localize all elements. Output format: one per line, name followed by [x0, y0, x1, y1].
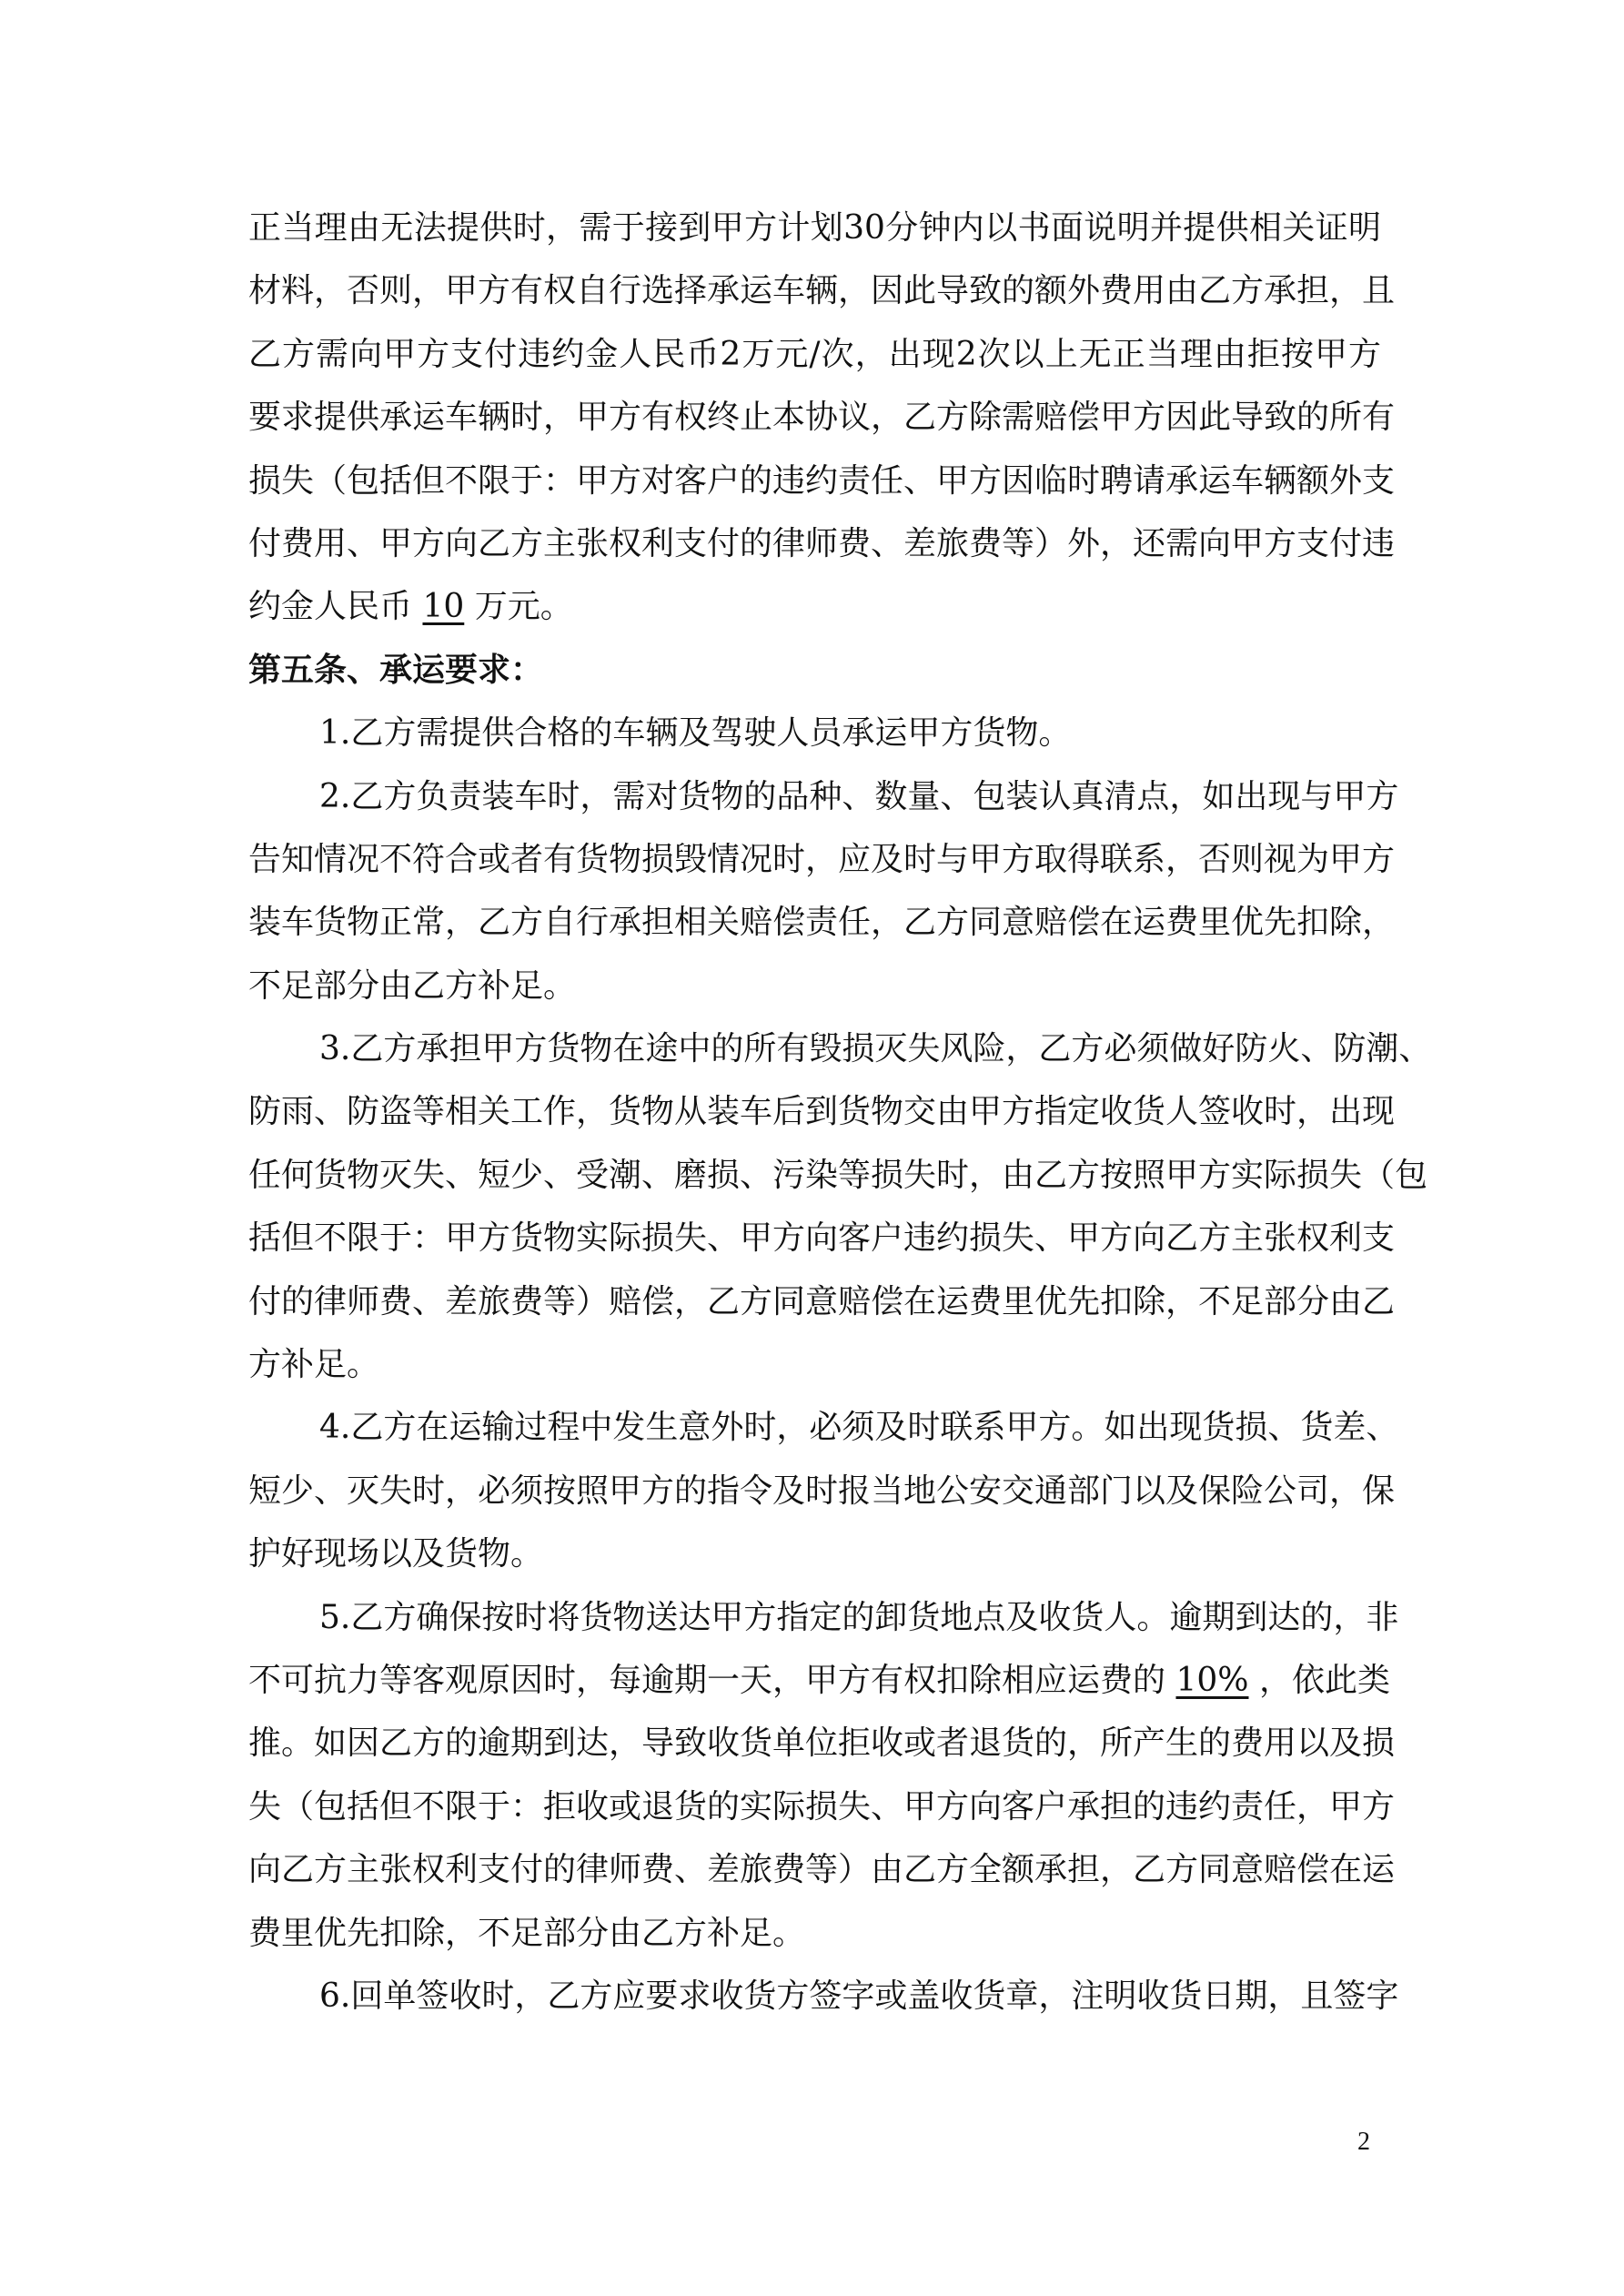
list-item-3: 3.乙方承担甲方货物在途中的所有毁损灭失风险，乙方必须做好防火、防潮、: [248, 1017, 1381, 1080]
text-line: 装车货物正常，乙方自行承担相关赔偿责任，乙方同意赔偿在运费里优先扣除，: [248, 891, 1381, 954]
penalty-text-prefix: 约金人民币: [248, 575, 412, 638]
text-line: 费里优先扣除，不足部分由乙方补足。: [248, 1902, 1381, 1965]
list-item-2: 2.乙方负责装车时，需对货物的品种、数量、包装认真清点，如出现与甲方: [248, 765, 1381, 828]
page-number: 2: [1357, 2128, 1370, 2157]
list-item-5: 5.乙方确保按时将货物送达甲方指定的卸货地点及收货人。逾期到达的，非: [248, 1586, 1381, 1649]
list-item-1: 1.乙方需提供合格的车辆及驾驶人员承运甲方货物。: [248, 702, 1381, 764]
penalty-amount: 10: [422, 575, 464, 638]
text-line: 向乙方主张权利支付的律师费、差旅费等）由乙方全额承担，乙方同意赔偿在运: [248, 1838, 1381, 1901]
text-line: 方补足。: [248, 1333, 1381, 1396]
text-line: 失（包括但不限于：拒收或退货的实际损失、甲方向客户承担的违约责任，甲方: [248, 1775, 1381, 1838]
text-line: 乙方需向甲方支付违约金人民币2万元/次，出现2次以上无正当理由拒按甲方: [248, 323, 1381, 386]
text-line: 约金人民币 10 万元。: [248, 575, 1381, 638]
text-line: 告知情况不符合或者有货物损毁情况时，应及时与甲方取得联系，否则视为甲方: [248, 828, 1381, 891]
text-line: 推。如因乙方的逾期到达，导致收货单位拒收或者退货的，所产生的费用以及损: [248, 1712, 1381, 1775]
item-number: 4.: [319, 1409, 350, 1446]
section-heading: 第五条、承运要求：: [248, 639, 1381, 702]
text-line: 短少、灭失时，必须按照甲方的指令及时报当地公安交通部门以及保险公司，保: [248, 1460, 1381, 1522]
item-number: 6.: [319, 1977, 350, 2015]
text-line: 防雨、防盗等相关工作，货物从装车后到货物交由甲方指定收货人签收时，出现: [248, 1080, 1381, 1143]
item-number: 5.: [319, 1599, 350, 1636]
text-line: 付费用、甲方向乙方主张权利支付的律师费、差旅费等）外，还需向甲方支付违: [248, 512, 1381, 575]
document-page: 正当理由无法提供时，需于接到甲方计划30分钟内以书面说明并提供相关证明 材料，否…: [0, 0, 1624, 2296]
text-line: 材料，否则，甲方有权自行选择承运车辆，因此导致的额外费用由乙方承担，且: [248, 259, 1381, 322]
late-deduction-rate: 10%: [1175, 1662, 1248, 1699]
document-body: 正当理由无法提供时，需于接到甲方计划30分钟内以书面说明并提供相关证明 材料，否…: [248, 197, 1381, 2028]
text-line: 损失（包括但不限于：甲方对客户的违约责任、甲方因临时聘请承运车辆额外支: [248, 450, 1381, 512]
text-line: 不可抗力等客观原因时，每逾期一天，甲方有权扣除相应运费的 10% ，依此类: [248, 1649, 1381, 1712]
text-line: 要求提供承运车辆时，甲方有权终止本协议，乙方除需赔偿甲方因此导致的所有: [248, 386, 1381, 449]
text-line: 付的律师费、差旅费等）赔偿，乙方同意赔偿在运费里优先扣除，不足部分由乙: [248, 1270, 1381, 1333]
text-line: 护好现场以及货物。: [248, 1522, 1381, 1585]
item-number: 1.: [319, 702, 350, 764]
text-line: 括但不限于：甲方货物实际损失、甲方向客户违约损失、甲方向乙方主张权利支: [248, 1207, 1381, 1269]
list-item-6: 6.回单签收时，乙方应要求收货方签字或盖收货章，注明收货日期，且签字: [248, 1965, 1381, 2028]
penalty-text-suffix: 万元。: [475, 575, 573, 638]
item-number: 2.: [319, 778, 350, 815]
text-line: 正当理由无法提供时，需于接到甲方计划30分钟内以书面说明并提供相关证明: [248, 197, 1381, 259]
list-item-4: 4.乙方在运输过程中发生意外时，必须及时联系甲方。如出现货损、货差、: [248, 1396, 1381, 1459]
text-line: 任何货物灭失、短少、受潮、磨损、污染等损失时，由乙方按照甲方实际损失（包: [248, 1144, 1381, 1207]
item-number: 3.: [319, 1030, 350, 1067]
text-line: 不足部分由乙方补足。: [248, 955, 1381, 1017]
